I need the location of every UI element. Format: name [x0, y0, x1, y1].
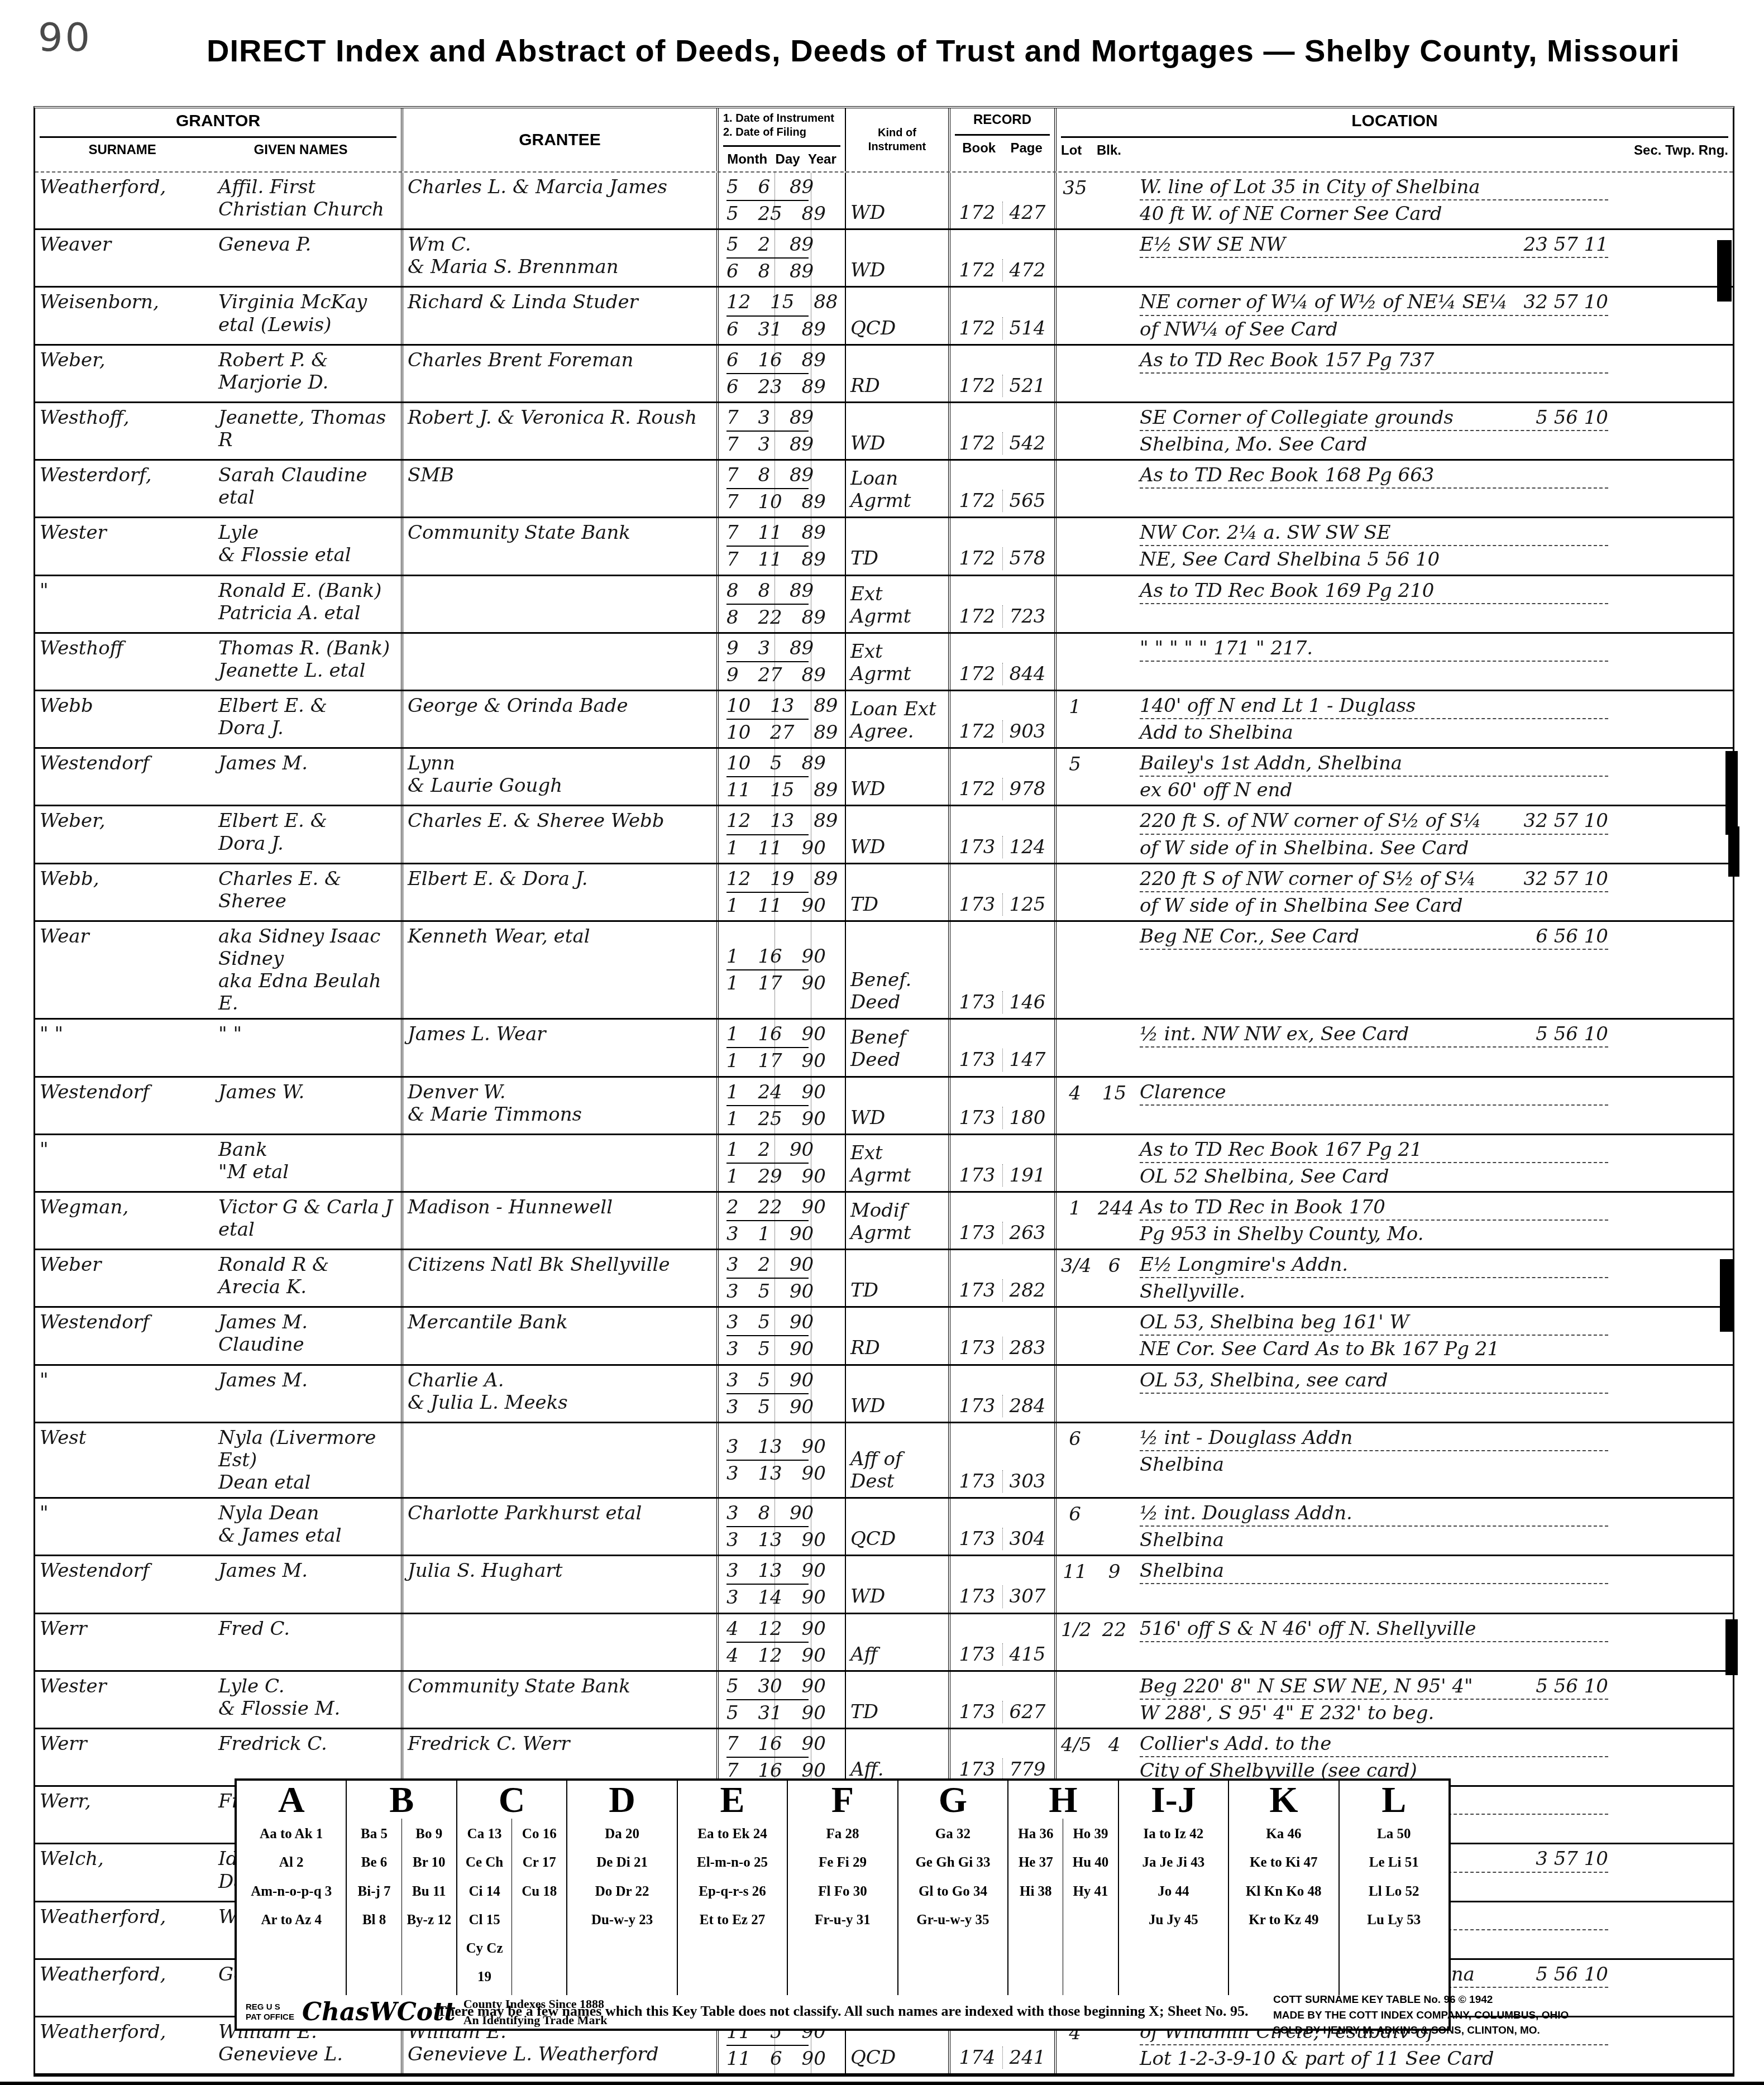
- date-divider: [726, 1642, 809, 1643]
- location-cell: Beg 220' 8" N SE SW NE, N 95' 4" 5 56 10…: [1135, 1672, 1613, 1728]
- record-book: 173: [959, 1164, 1003, 1187]
- margin-cell: [1613, 1078, 1733, 1134]
- date-of-instrument: 5 30 90: [726, 1675, 840, 1697]
- ledger-row: Webb Elbert E. & Dora J. George & Orinda…: [35, 691, 1733, 749]
- blk-cell: [1093, 1308, 1135, 1364]
- date-of-instrument: 7 3 89: [726, 407, 840, 429]
- scan-artifact: [1728, 826, 1739, 877]
- record-book: 173: [959, 1107, 1003, 1129]
- blk-cell: 9: [1093, 1556, 1135, 1612]
- location-line-2: [1140, 604, 1608, 606]
- record-book: 173: [959, 991, 1003, 1013]
- record-page: 283: [1003, 1337, 1046, 1359]
- lot-cell: [1054, 461, 1093, 517]
- key-group: Da 20 De Di 21 Do Dr 22 Du-w-y 23: [567, 1819, 676, 1995]
- lot-cell: 6: [1054, 1423, 1093, 1497]
- key-group: Aa to Ak 1 Al 2 Am-n-o-p-q 3 Ar to Az 4: [237, 1819, 346, 1995]
- date-divider: [726, 892, 809, 893]
- location-cell: E½ SW SE NW 23 57 11: [1135, 230, 1613, 286]
- blk-cell: [1093, 461, 1135, 517]
- record-book: 173: [959, 1643, 1003, 1666]
- record-book: 173: [959, 893, 1003, 916]
- date-divider: [726, 1757, 809, 1758]
- dates-cell: 10 5 89 11 15 89: [716, 749, 845, 805]
- location-line-1: W. line of Lot 35 in City of Shelbina: [1140, 176, 1480, 198]
- ledger-row: Wester Lyle C. & Flossie M. Community St…: [35, 1672, 1733, 1729]
- lot-cell: [1054, 922, 1093, 1018]
- scan-artifact: [1717, 240, 1732, 302]
- record-cell: 173 283: [948, 1308, 1054, 1364]
- dates-cell: 3 5 90 3 5 90: [716, 1308, 845, 1364]
- surname-cell: Wear: [35, 922, 214, 1018]
- margin-cell: [1613, 1672, 1733, 1728]
- date-divider: [726, 546, 809, 547]
- date-of-instrument: 2 22 90: [726, 1196, 840, 1218]
- sec-twp-rng-value: 5 56 10: [1536, 1023, 1608, 1045]
- record-page: 472: [1003, 259, 1046, 281]
- date-divider: [726, 1278, 809, 1279]
- location-line-2: [1140, 1048, 1608, 1050]
- location-cell: OL 53, Shelbina beg 161' W NE Cor. See C…: [1135, 1308, 1613, 1364]
- reg-us-pat-office: REG U S PAT OFFICE: [246, 2002, 294, 2022]
- key-column: A Aa to Ak 1 Al 2 Am-n-o-p-q 3 Ar to Az …: [237, 1781, 347, 1995]
- location-line-2: ex 60' off N end: [1140, 777, 1608, 801]
- record-page: 844: [1003, 663, 1046, 685]
- date-of-instrument: 7 11 89: [726, 522, 840, 544]
- dates-cell: 7 3 89 7 3 89: [716, 403, 845, 459]
- given-names-cell: Nyla (Livermore Est) Dean etal: [214, 1423, 401, 1497]
- record-page: 125: [1003, 893, 1046, 916]
- page-label: Page: [1010, 140, 1042, 157]
- ledger-row: West Nyla (Livermore Est) Dean etal 3 13…: [35, 1423, 1733, 1499]
- dates-cell: 3 8 90 3 13 90: [716, 1499, 845, 1555]
- margin-cell: [1613, 1902, 1733, 1958]
- record-book: 172: [959, 547, 1003, 570]
- date-of-filing: 1 11 90: [726, 895, 840, 917]
- date-of-instrument: 10 5 89: [726, 752, 840, 774]
- grantee-cell: Charles E. & Sheree Webb: [401, 806, 716, 862]
- lot-cell: 35: [1054, 173, 1093, 228]
- record-cell: 172 565: [948, 461, 1054, 517]
- ledger-row: Wester Lyle & Flossie etal Community Sta…: [35, 518, 1733, 576]
- lot-cell: [1054, 1672, 1093, 1728]
- key-column: G Ga 32 Ge Gh Gi 33 Gl to Go 34 Gr-u-w-y…: [898, 1781, 1008, 1995]
- date-of-instrument: 3 2 90: [726, 1254, 840, 1276]
- location-cell: As to TD Rec Book 168 Pg 663: [1135, 461, 1613, 517]
- given-names-cell: James M.: [214, 1556, 401, 1612]
- given-names-cell: Charles E. & Sheree: [214, 864, 401, 920]
- location-line-1: NE corner of W¼ of W½ of NE¼ SE¼: [1140, 291, 1508, 313]
- location-line-2: [1140, 662, 1608, 664]
- sec-twp-rng-value: 3 57 10: [1536, 1848, 1608, 1870]
- record-cell: 173 304: [948, 1499, 1054, 1555]
- given-names-cell: " ": [214, 1020, 401, 1075]
- surname-cell: Weatherford,: [35, 173, 214, 228]
- date-of-filing: 3 14 90: [726, 1586, 840, 1609]
- blk-cell: [1093, 518, 1135, 574]
- location-line-1: As to TD Rec in Book 170: [1140, 1196, 1385, 1218]
- dates-cell: 5 6 89 5 25 89: [716, 173, 845, 228]
- lot-cell: 1/2: [1054, 1614, 1093, 1670]
- record-page: 565: [1003, 490, 1046, 512]
- surname-cell: Weatherford,: [35, 1902, 214, 1958]
- key-column: E Ea to Ek 24 El-m-n-o 25 Ep-q-r-s 26 Et…: [678, 1781, 788, 1995]
- lot-cell: 11: [1054, 1556, 1093, 1612]
- kind-of-instrument-cell: Aff.: [845, 1729, 948, 1785]
- dates-cell: 1 16 90 1 17 90: [716, 922, 845, 1018]
- kind-of-instrument-cell: Loan Agrmt: [845, 461, 948, 517]
- record-book: 173: [959, 836, 1003, 858]
- record-page: 180: [1003, 1107, 1046, 1129]
- location-line-1: 220 ft S. of NW corner of S½ of S¼: [1140, 810, 1481, 832]
- given-names-cell: Lyle C. & Flossie M.: [214, 1672, 401, 1728]
- record-cell: 173 263: [948, 1193, 1054, 1249]
- location-line-2: [1140, 489, 1608, 491]
- date-of-instrument: 5 6 89: [726, 176, 840, 198]
- given-names-cell: Bank "M etal: [214, 1135, 401, 1191]
- ledger-row: Westerdorf, Sarah Claudine etal SMB 7 8 …: [35, 461, 1733, 518]
- location-line-1: E½ Longmire's Addn.: [1140, 1254, 1348, 1276]
- key-group: Co 16 Cr 17 Cu 18: [511, 1819, 566, 1995]
- location-cell: ½ int - Douglass Addn Shelbina: [1135, 1423, 1613, 1497]
- date-of-filing: 9 27 89: [726, 664, 840, 686]
- margin-cell: [1613, 518, 1733, 574]
- surname-cell: Wester: [35, 1672, 214, 1728]
- sec-twp-rng-value: 23 57 11: [1524, 233, 1608, 256]
- dates-cell: 12 19 89 1 11 90: [716, 864, 845, 920]
- lot-cell: 1: [1054, 1193, 1093, 1249]
- record-cell: 172 978: [948, 749, 1054, 805]
- date-divider: [726, 257, 809, 259]
- date-of-filing: 1 29 90: [726, 1165, 840, 1188]
- ledger-row: Weaver Geneva P. Wm C. & Maria S. Brennm…: [35, 230, 1733, 288]
- record-book: 173: [959, 1470, 1003, 1493]
- record-page: 191: [1003, 1164, 1046, 1187]
- record-page: 627: [1003, 1701, 1046, 1723]
- record-page: 263: [1003, 1222, 1046, 1244]
- grantee-cell: Richard & Linda Studer: [401, 288, 716, 343]
- kind-of-instrument-cell: Benef. Deed: [845, 922, 948, 1018]
- record-book: 172: [959, 663, 1003, 685]
- key-group: Ha 36 He 37 Hi 38: [1008, 1819, 1063, 1995]
- given-names-cell: Thomas R. (Bank) Jeanette L. etal: [214, 634, 401, 690]
- blk-cell: [1093, 922, 1135, 1018]
- date-of-instrument: 7 16 90: [726, 1733, 840, 1755]
- location-line-1: ½ int - Douglass Addn: [1140, 1427, 1353, 1449]
- key-letter: H: [1008, 1781, 1117, 1819]
- ledger-row: Wegman, Victor G & Carla J etal Madison …: [35, 1193, 1733, 1250]
- location-line-1: As to TD Rec Book 169 Pg 210: [1140, 580, 1434, 602]
- given-names-cell: Geneva P.: [214, 230, 401, 286]
- kind-of-instrument-cell: WD: [845, 1556, 948, 1612]
- record-cell: 173 307: [948, 1556, 1054, 1612]
- surname-cell: Wester: [35, 518, 214, 574]
- date-of-instrument: 3 5 90: [726, 1311, 840, 1333]
- record-book: 172: [959, 720, 1003, 743]
- blk-cell: 244: [1093, 1193, 1135, 1249]
- date-divider: [726, 1220, 809, 1221]
- location-cell: Shelbina: [1135, 1556, 1613, 1612]
- key-column: H Ha 36 He 37 Hi 38Ho 39 Hu 40 Hy 41: [1008, 1781, 1118, 1995]
- key-groups: Fa 28 Fe Fi 29 Fl Fo 30 Fr-u-y 31: [788, 1819, 897, 1995]
- lot-cell: [1054, 576, 1093, 632]
- key-groups: Ha 36 He 37 Hi 38Ho 39 Hu 40 Hy 41: [1008, 1819, 1117, 1995]
- kind-of-instrument-cell: WD: [845, 1078, 948, 1134]
- lot-cell: [1054, 288, 1093, 343]
- location-line-2: [1140, 1584, 1608, 1586]
- location-line-1: 140' off N end Lt 1 - Duglass: [1140, 695, 1416, 717]
- key-column: K Ka 46 Ke to Ki 47 Kl Kn Ko 48 Kr to Kz…: [1229, 1781, 1339, 1995]
- ledger-row: Weber Ronald R & Arecia K. Citizens Natl…: [35, 1250, 1733, 1308]
- key-group: Ia to Iz 42 Ja Je Ji 43 Jo 44 Ju Jy 45: [1119, 1819, 1228, 1995]
- date-of-filing: 4 12 90: [726, 1644, 840, 1667]
- given-names-cell: Elbert E. & Dora J.: [214, 691, 401, 747]
- margin-cell: [1613, 173, 1733, 228]
- record-book: 172: [959, 432, 1003, 455]
- scan-artifact: [1725, 1619, 1738, 1675]
- record-page: 282: [1003, 1279, 1046, 1302]
- kind-label: Kind of Instrument: [868, 126, 926, 154]
- given-names-cell: Victor G & Carla J etal: [214, 1193, 401, 1249]
- kind-of-instrument-cell: RD: [845, 1308, 948, 1364]
- cott-signature: ChasWCott: [302, 1998, 456, 2026]
- date-of-filing: 11 6 90: [726, 2048, 840, 2070]
- date-of-filing: 3 13 90: [726, 1462, 840, 1485]
- record-book: 173: [959, 1758, 1003, 1781]
- key-letter: C: [457, 1781, 566, 1819]
- record-cell: 172 844: [948, 634, 1054, 690]
- dates-cell: 3 13 90 3 14 90: [716, 1556, 845, 1612]
- record-book: 173: [959, 1528, 1003, 1550]
- surname-cell: Werr: [35, 1614, 214, 1670]
- record-book: 172: [959, 202, 1003, 224]
- record-cell: 173 284: [948, 1366, 1054, 1422]
- given-names-label: GIVEN NAMES: [254, 142, 348, 158]
- date-of-instrument: 6 16 89: [726, 349, 840, 371]
- grantee-cell: [401, 1135, 716, 1191]
- blk-cell: [1093, 806, 1135, 862]
- grantee-cell: [401, 1614, 716, 1670]
- margin-cell: [1613, 1423, 1733, 1497]
- kind-of-instrument-cell: Aff: [845, 1614, 948, 1670]
- blk-cell: [1093, 1499, 1135, 1555]
- location-line-2: [1140, 374, 1608, 376]
- location-line-2: NE Cor. See Card As to Bk 167 Pg 21: [1140, 1336, 1608, 1360]
- sec-twp-rng-value: 5 56 10: [1536, 1963, 1608, 1986]
- record-cell: 173 779: [948, 1729, 1054, 1785]
- given-names-cell: Jeanette, Thomas R: [214, 403, 401, 459]
- key-letter: I-J: [1119, 1781, 1228, 1819]
- kind-of-instrument-cell: WD: [845, 230, 948, 286]
- dates-cell: 7 16 90 7 16 90: [716, 1729, 845, 1785]
- location-cell: W. line of Lot 35 in City of Shelbina 40…: [1135, 173, 1613, 228]
- surname-cell: Westendorf: [35, 749, 214, 805]
- record-book: 174: [959, 2046, 1003, 2069]
- scan-artifact: [1725, 751, 1738, 835]
- date-of-filing: 6 23 89: [726, 376, 840, 398]
- surname-cell: Weber,: [35, 346, 214, 401]
- kind-of-instrument-cell: Benef Deed: [845, 1020, 948, 1075]
- day-label: Day: [776, 151, 800, 168]
- margin-cell: [1613, 1308, 1733, 1364]
- ledger-row: Westendorf James M. Claudine Mercantile …: [35, 1308, 1733, 1365]
- record-page: 284: [1003, 1395, 1046, 1417]
- surname-cell: Weisenborn,: [35, 288, 214, 343]
- given-names-cell: James M.: [214, 1366, 401, 1422]
- key-groups: Ia to Iz 42 Ja Je Ji 43 Jo 44 Ju Jy 45: [1119, 1819, 1228, 1995]
- lot-cell: 3/4: [1054, 1250, 1093, 1306]
- key-column: D Da 20 De Di 21 Do Dr 22 Du-w-y 23: [567, 1781, 677, 1995]
- ledger-row: Weatherford, Affil. First Christian Chur…: [35, 173, 1733, 230]
- kind-of-instrument-cell: Ext Agrmt: [845, 1135, 948, 1191]
- record-page: 241: [1003, 2046, 1046, 2069]
- blk-cell: [1093, 749, 1135, 805]
- date-of-filing: 7 3 89: [726, 433, 840, 456]
- location-line-2: NE, See Card Shelbina 5 56 10: [1140, 546, 1608, 571]
- record-cell: 172 521: [948, 346, 1054, 401]
- lot-label: Lot: [1061, 143, 1082, 158]
- key-group: La 50 Le Li 51 Ll Lo 52 Lu Ly 53: [1340, 1819, 1449, 1995]
- blk-cell: [1093, 1672, 1135, 1728]
- sec-twp-rng-value: 32 57 10: [1524, 868, 1608, 890]
- margin-cell: [1613, 806, 1733, 862]
- location-line-1: As to TD Rec Book 157 Pg 737: [1140, 349, 1434, 371]
- year-label: Year: [808, 151, 836, 168]
- margin-cell: [1613, 2017, 1733, 2073]
- dates-cell: 1 16 90 1 17 90: [716, 1020, 845, 1075]
- record-cell: 172 514: [948, 288, 1054, 343]
- date-of-instrument: 9 3 89: [726, 637, 840, 659]
- location-line-1: " " " " " 171 " 217.: [1140, 637, 1313, 659]
- key-column: F Fa 28 Fe Fi 29 Fl Fo 30 Fr-u-y 31: [788, 1781, 898, 1995]
- given-names-cell: James M. Claudine: [214, 1308, 401, 1364]
- dates-cell: 9 3 89 9 27 89: [716, 634, 845, 690]
- record-page: 427: [1003, 202, 1046, 224]
- record-book: 172: [959, 375, 1003, 397]
- location-cell: ½ int. Douglass Addn. Shelbina: [1135, 1499, 1613, 1555]
- location-line-1: As to TD Rec Book 167 Pg 21: [1140, 1139, 1422, 1161]
- margin-cell: [1613, 1556, 1733, 1612]
- location-line-1: ½ int. Douglass Addn.: [1140, 1502, 1352, 1524]
- publisher-block: COTT SURNAME KEY TABLE No. 96 © 1942 MAD…: [1273, 1992, 1569, 2039]
- date-divider: [726, 1105, 809, 1106]
- date-of-instrument: 1 24 90: [726, 1081, 840, 1103]
- location-cell: " " " " " 171 " 217.: [1135, 634, 1613, 690]
- trademark-text: County Indexes Since 1888 An Identifying…: [463, 1996, 608, 2028]
- date-of-filing: 3 13 90: [726, 1529, 840, 1551]
- scan-artifact: [0, 2082, 1764, 2085]
- given-names-cell: Elbert E. & Dora J.: [214, 806, 401, 862]
- surname-cell: Weatherford,: [35, 2017, 214, 2073]
- date-divider: [726, 1047, 809, 1048]
- key-groups: Ga 32 Ge Gh Gi 33 Gl to Go 34 Gr-u-w-y 3…: [898, 1819, 1007, 1995]
- location-header: LOCATION Lot Blk. Sec. Twp. Rng.: [1054, 108, 1733, 171]
- dates-cell: 7 11 89 7 11 89: [716, 518, 845, 574]
- location-line-1: Bailey's 1st Addn, Shelbina: [1140, 752, 1402, 774]
- blk-label: Blk.: [1097, 143, 1121, 158]
- ledger-row: Westendorf James M. Julia S. Hughart 3 1…: [35, 1556, 1733, 1614]
- record-book: 172: [959, 259, 1003, 281]
- kind-of-instrument-cell: Ext Agrmt: [845, 634, 948, 690]
- ledger-row: Westhoff Thomas R. (Bank) Jeanette L. et…: [35, 634, 1733, 691]
- location-cell: NW Cor. 2¼ a. SW SW SE NE, See Card Shel…: [1135, 518, 1613, 574]
- key-letter: D: [567, 1781, 676, 1819]
- given-names-cell: Sarah Claudine etal: [214, 461, 401, 517]
- record-book: 173: [959, 1395, 1003, 1417]
- lot-cell: [1054, 1308, 1093, 1364]
- lot-cell: 6: [1054, 1499, 1093, 1555]
- grantee-cell: Charlotte Parkhurst etal: [401, 1499, 716, 1555]
- location-line-1: OL 53, Shelbina, see card: [1140, 1369, 1388, 1391]
- record-cell: 173 180: [948, 1078, 1054, 1134]
- dates-cell: 5 2 89 6 8 89: [716, 230, 845, 286]
- record-header: RECORD Book Page: [948, 108, 1054, 171]
- surname-cell: Westhoff,: [35, 403, 214, 459]
- ledger-row: Westendorf James W. Denver W. & Marie Ti…: [35, 1078, 1733, 1135]
- location-cell: Clarence: [1135, 1078, 1613, 1134]
- record-cell: 173 146: [948, 922, 1054, 1018]
- surname-cell: ": [35, 1135, 214, 1191]
- book-label: Book: [962, 140, 996, 157]
- margin-cell: [1613, 346, 1733, 401]
- surname-cell: Werr,: [35, 1787, 214, 1843]
- date-of-instrument: 5 2 89: [726, 233, 840, 256]
- kind-of-instrument-cell: Loan Ext Agree.: [845, 691, 948, 747]
- surname-key-table: A Aa to Ak 1 Al 2 Am-n-o-p-q 3 Ar to Az …: [235, 1778, 1451, 2031]
- margin-cell: [1613, 749, 1733, 805]
- surname-cell: Weaver: [35, 230, 214, 286]
- lot-cell: [1054, 403, 1093, 459]
- date-of-instrument: 7 8 89: [726, 464, 840, 486]
- surname-cell: Westerdorf,: [35, 461, 214, 517]
- date-divider: [726, 1335, 809, 1336]
- location-line-1: OL 53, Shelbina beg 161' W: [1140, 1311, 1409, 1333]
- location-line-2: Shelbina, Mo. See Card: [1140, 431, 1608, 456]
- surname-cell: Weber: [35, 1250, 214, 1306]
- grantee-cell: Madison - Hunnewell: [401, 1193, 716, 1249]
- grantee-cell: Charles L. & Marcia James: [401, 173, 716, 228]
- margin-cell: [1613, 461, 1733, 517]
- grantee-cell: [401, 576, 716, 632]
- location-line-2: of W side of in Shelbina See Card: [1140, 892, 1608, 917]
- record-cell: 172 903: [948, 691, 1054, 747]
- location-cell: 516' off S & N 46' off N. Shellyville: [1135, 1614, 1613, 1670]
- grantee-cell: Citizens Natl Bk Shellyville: [401, 1250, 716, 1306]
- record-page: 303: [1003, 1470, 1046, 1493]
- date-of-instrument: 8 8 89: [726, 580, 840, 602]
- location-cell: OL 53, Shelbina, see card: [1135, 1366, 1613, 1422]
- surname-cell: Westendorf: [35, 1308, 214, 1364]
- grantee-cell: Elbert E. & Dora J.: [401, 864, 716, 920]
- date-divider: [726, 1163, 809, 1164]
- kind-of-instrument-cell: TD: [845, 864, 948, 920]
- record-book: 173: [959, 1222, 1003, 1244]
- surname-cell: ": [35, 1366, 214, 1422]
- lot-cell: [1054, 1366, 1093, 1422]
- date-of-instrument: 4 12 90: [726, 1618, 840, 1640]
- date-divider: [726, 604, 809, 605]
- date-divider: [726, 1393, 809, 1394]
- location-line-2: [1140, 1106, 1608, 1108]
- key-column: L La 50 Le Li 51 Ll Lo 52 Lu Ly 53: [1340, 1781, 1449, 1995]
- given-names-cell: James W.: [214, 1078, 401, 1134]
- grantor-label: GRANTOR: [40, 112, 396, 131]
- record-page: 903: [1003, 720, 1046, 743]
- record-book: 173: [959, 1337, 1003, 1359]
- sec-twp-rng-value: 5 56 10: [1536, 1675, 1608, 1697]
- page-title: DIRECT Index and Abstract of Deeds, Deed…: [207, 32, 1575, 69]
- record-label: RECORD: [955, 112, 1050, 128]
